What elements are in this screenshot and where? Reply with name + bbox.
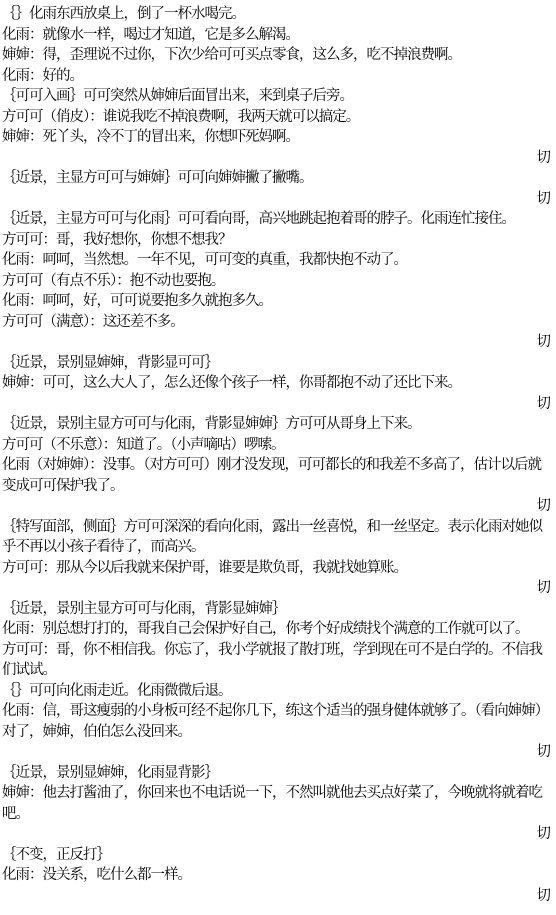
script-line: 婶婶：死丫头，冷不丁的冒出来，你想吓死妈啊。 <box>2 127 550 148</box>
cut-marker: 切 <box>2 394 550 415</box>
script-line: 方可可（有点不乐）：抱不动也要抱。 <box>2 271 550 292</box>
script-line: ｛特写面部，侧面｝方可可深深的看向化雨，露出一丝喜悦，和一丝坚定。表示化雨对她似 <box>2 517 550 538</box>
cut-marker: 切 <box>2 742 550 763</box>
script-line: ｛不变，正反打｝ <box>2 845 550 866</box>
script-body: ｛｝化雨东西放桌上，倒了一杯水喝完。化雨：就像水一样，喝过才知道，它是多么解渴。… <box>2 4 550 906</box>
script-line: 婶婶：得，歪理说不过你，下次少给可可买点零食，这么多，吃不掉浪费啊。 <box>2 45 550 66</box>
script-line: 方可可：哥，你不相信我。你忘了，我小学就报了散打班，学到现在可不是白学的。不信我 <box>2 640 550 661</box>
script-line: ｛近景，景别主显方可可与化雨，背影显婶婶｝ <box>2 599 550 620</box>
script-line: 化雨：别总想打打的，哥我自己会保护好自己，你考个好成绩找个满意的工作就可以了。 <box>2 619 550 640</box>
script-line: 吧。 <box>2 804 550 825</box>
script-line: ｛可可入画｝可可突然从婶婶后面冒出来，来到桌子后旁。 <box>2 86 550 107</box>
cut-marker: 切 <box>2 496 550 517</box>
script-line: 方可可（满意）：这还差不多。 <box>2 312 550 333</box>
cut-marker: 切 <box>2 824 550 845</box>
script-line: 方可可（不乐意）：知道了。（小声嘀咕）啰嗦。 <box>2 435 550 456</box>
cut-marker: 切 <box>2 148 550 169</box>
script-line: ｛近景，主显方可可与婶婶｝可可向婶婶撇了撇嘴。 <box>2 168 550 189</box>
script-line: ｛近景，景别显婶婶，背影显可可｝ <box>2 353 550 374</box>
script-line: ｛｝可可向化雨走近。化雨微微后退。 <box>2 681 550 702</box>
script-page: ｛｝化雨东西放桌上，倒了一杯水喝完。化雨：就像水一样，喝过才知道，它是多么解渴。… <box>0 0 556 915</box>
script-line: 化雨（对婶婶）：没事。（对方可可）刚才没发现，可可都长的和我差不多高了，估计以后… <box>2 455 550 476</box>
cut-marker: 切 <box>2 578 550 599</box>
script-line: 化雨：没关系，吃什么都一样。 <box>2 865 550 886</box>
script-line: 婶婶：他去打酱油了，你回来也不电话说一下，不然叫就他去买点好菜了，今晚就将就着吃 <box>2 783 550 804</box>
script-line: 化雨：呵呵，好，可可说要抱多久就抱多久。 <box>2 291 550 312</box>
script-line: 对了，婶婶，伯伯怎么没回来。 <box>2 722 550 743</box>
script-line: ｛｝化雨东西放桌上，倒了一杯水喝完。 <box>2 4 550 25</box>
script-line: ｛近景，景别显婶婶，化雨显背影｝ <box>2 763 550 784</box>
script-line: 化雨：就像水一样，喝过才知道，它是多么解渴。 <box>2 25 550 46</box>
script-line: 化雨：信，哥这瘦弱的小身板可经不起你几下，练这个适当的强身健体就够了。（看向婶婶… <box>2 701 550 722</box>
script-line: 变成可可保护我了。 <box>2 476 550 497</box>
script-line: 乎不再以小孩子看待了，而高兴。 <box>2 537 550 558</box>
script-line: 婶婶：可可，这么大人了，怎么还像个孩子一样，你哥都抱不动了还比下来。 <box>2 373 550 394</box>
cut-marker: 切 <box>2 189 550 210</box>
script-line: 方可可：哥，我好想你，你想不想我？ <box>2 230 550 251</box>
script-line: 方可可（俏皮）：谁说我吃不掉浪费啊，我两天就可以搞定。 <box>2 107 550 128</box>
script-line: 方可可：那从今以后我就来保护哥，谁要是欺负哥，我就找她算账。 <box>2 558 550 579</box>
script-line: 们试试。 <box>2 660 550 681</box>
cut-marker: 切 <box>2 886 550 907</box>
script-line: ｛近景，主显方可可与化雨｝可可看向哥，高兴地跳起抱着哥的脖子。化雨连忙接住。 <box>2 209 550 230</box>
cut-marker: 切 <box>2 332 550 353</box>
script-line: 化雨：呵呵，当然想。一年不见，可可变的真重，我都快抱不动了。 <box>2 250 550 271</box>
script-line: ｛近景，景别主显方可可与化雨，背影显婶婶｝方可可从哥身上下来。 <box>2 414 550 435</box>
script-line: 化雨：好的。 <box>2 66 550 87</box>
